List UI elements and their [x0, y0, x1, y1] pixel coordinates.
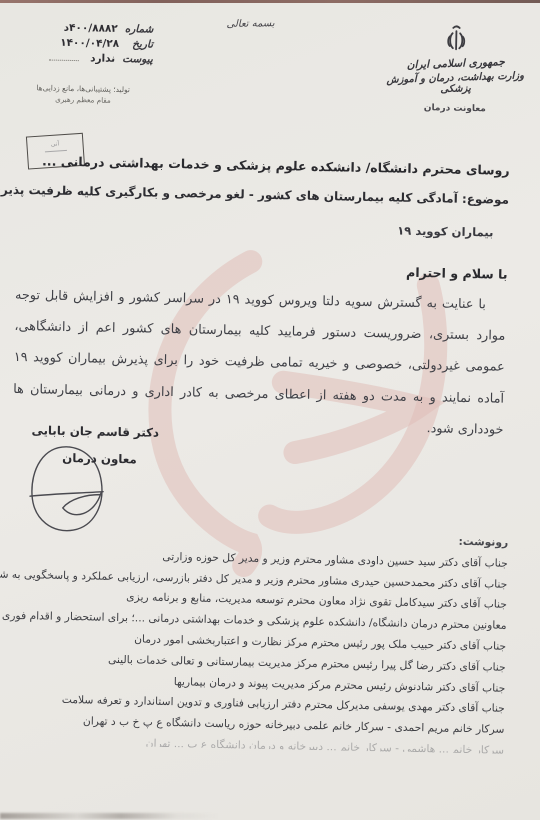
slogan-text: تولید؛ پشتیبانی‌ها، مانع زدایی‌ها — [14, 83, 152, 95]
attachment-dotted-line — [49, 52, 79, 62]
attachment-label: پیوست — [122, 53, 153, 66]
meta-date-row: تاریخ ۱۴۰۰/۰۴/۲۸ — [21, 36, 153, 51]
signer-title: معاون درمان — [25, 450, 137, 466]
number-label: شماره — [125, 23, 154, 36]
besmele-text: بسمه تعالی — [205, 18, 295, 30]
date-value: ۱۴۰۰/۰۴/۲۸ — [60, 37, 119, 50]
scanned-letter-photo: { "letterhead": { "besmele": "بسمه تعالی… — [0, 0, 540, 820]
signer-name: دکتر قاسم جان بابایی — [25, 423, 165, 440]
date-label: تاریخ — [126, 38, 153, 51]
stamp-scribble-line — [44, 150, 66, 152]
number-value: ۴۰۰/۸۸۸۲د — [64, 22, 118, 35]
subject-label: موضوع: — [462, 192, 509, 207]
meta-number-row: شماره ۴۰۰/۸۸۸۲د — [21, 21, 153, 36]
salutation: با سلام و احترام — [406, 265, 508, 282]
cc-list: رونوشت: جناب آقای دکتر سید حسین داودی مش… — [0, 523, 508, 754]
country-name: جمهوری اسلامی ایران — [381, 55, 531, 72]
ministry-name: وزارت بهداشت، درمان و آموزش پزشکی — [380, 70, 531, 97]
attachment-value: ندارد — [90, 52, 115, 65]
year-slogan: تولید؛ پشتیبانی‌ها، مانع زدایی‌ها مقام م… — [14, 83, 152, 106]
signature-block: دکتر قاسم جان بابایی معاون درمان — [25, 423, 166, 467]
meta-attachment-row: پیوست ندارد — [21, 51, 153, 66]
stamp-note: آنی — [27, 139, 82, 150]
letter-page: شماره ۴۰۰/۸۸۸۲د تاریخ ۱۴۰۰/۰۴/۲۸ پیوست ن… — [0, 0, 540, 820]
letter-body: با عنایت به گسترش سویه دلتا ویروس کووید … — [12, 280, 506, 446]
letterhead-meta: شماره ۴۰۰/۸۸۸۲د تاریخ ۱۴۰۰/۰۴/۲۸ پیوست ن… — [21, 21, 154, 69]
iran-national-emblem-icon — [443, 23, 470, 56]
letterhead-org: جمهوری اسلامی ایران وزارت بهداشت، درمان … — [380, 22, 532, 115]
